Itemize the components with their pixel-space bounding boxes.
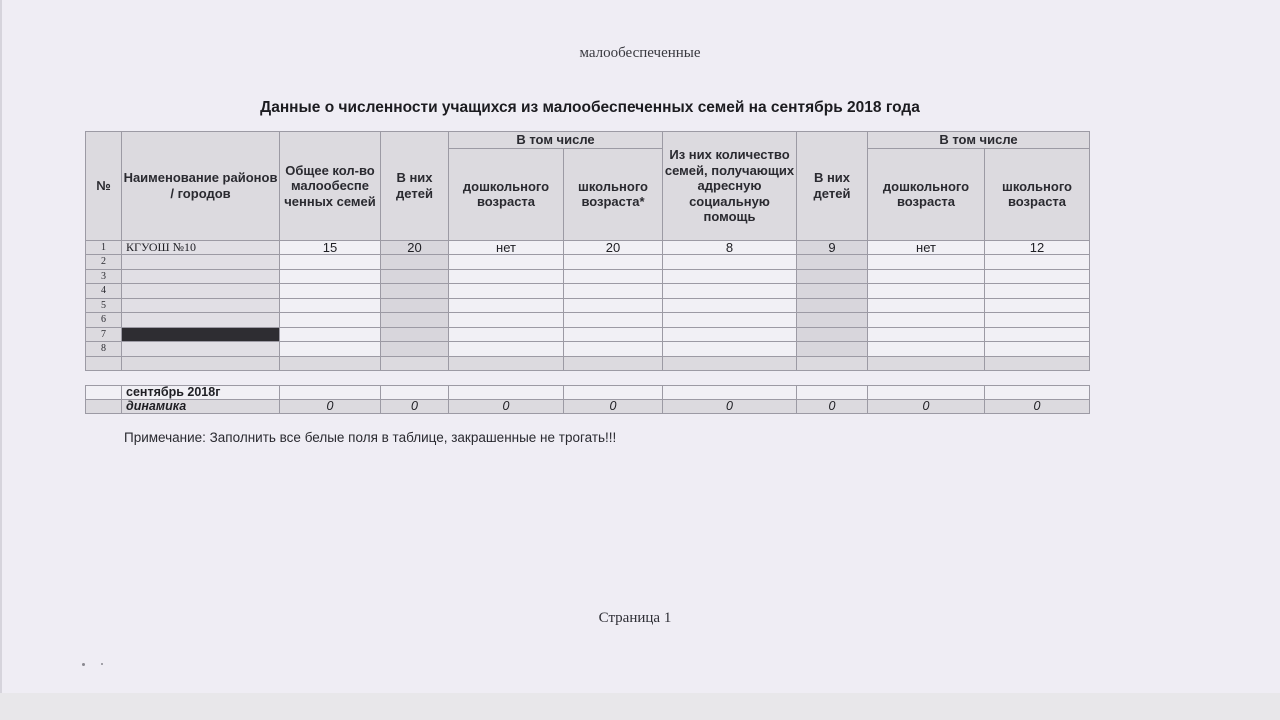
summary-period-row: сентябрь 2018г xyxy=(86,386,1090,400)
scan-speck xyxy=(101,663,103,665)
data-table: № Наименование районов / городов Общее к… xyxy=(85,131,1090,371)
cell-preschool-1[interactable] xyxy=(449,255,564,270)
cell-children-2 xyxy=(797,255,868,270)
scanner-bed-strip xyxy=(0,693,1280,720)
cell-school-1[interactable]: 20 xyxy=(564,240,663,255)
cell-school-2[interactable] xyxy=(985,342,1090,357)
cell-preschool-2[interactable] xyxy=(868,269,985,284)
cell-children-2 xyxy=(797,284,868,299)
table-row: 8 xyxy=(86,342,1090,357)
summary-period-row-value[interactable] xyxy=(868,386,985,400)
cell-school-1[interactable] xyxy=(564,269,663,284)
cell-children-1 xyxy=(381,327,449,342)
cell-total-families[interactable] xyxy=(280,255,381,270)
cell-children-2 xyxy=(797,313,868,328)
cell-school-2[interactable] xyxy=(985,284,1090,299)
footer-cell xyxy=(797,356,868,370)
summary-dynamics-row-label: динамика xyxy=(122,400,280,414)
cell-school-2[interactable] xyxy=(985,298,1090,313)
cell-preschool-2[interactable] xyxy=(868,255,985,270)
district-name-cell xyxy=(122,342,280,357)
cell-children-1: 20 xyxy=(381,240,449,255)
cell-children-1 xyxy=(381,298,449,313)
footer-cell xyxy=(868,356,985,370)
district-name-cell: КГУОШ №10 xyxy=(122,240,280,255)
header-children-2: В них детей xyxy=(797,132,868,241)
summary-period-row-value[interactable] xyxy=(797,386,868,400)
footer-cell xyxy=(280,356,381,370)
district-name-cell xyxy=(122,313,280,328)
summary-dynamics-row-value: 0 xyxy=(663,400,797,414)
cell-preschool-2[interactable]: нет xyxy=(868,240,985,255)
summary-period-row-value[interactable] xyxy=(280,386,381,400)
cell-school-1[interactable] xyxy=(564,255,663,270)
cell-school-2[interactable] xyxy=(985,327,1090,342)
cell-children-1 xyxy=(381,284,449,299)
summary-dynamics-row-value: 0 xyxy=(797,400,868,414)
summary-dynamics-row-value: 0 xyxy=(564,400,663,414)
summary-period-row-value[interactable] xyxy=(985,386,1090,400)
row-number: 3 xyxy=(86,269,122,284)
cell-school-2[interactable] xyxy=(985,313,1090,328)
cell-children-2 xyxy=(797,342,868,357)
cell-families-aid[interactable] xyxy=(663,269,797,284)
footer-cell xyxy=(86,356,122,370)
cell-children-2 xyxy=(797,327,868,342)
header-families-aid: Из них количество семей, получающих адре… xyxy=(663,132,797,241)
table-row: 4 xyxy=(86,284,1090,299)
cell-children-1 xyxy=(381,342,449,357)
cell-preschool-2[interactable] xyxy=(868,313,985,328)
blank-cell xyxy=(86,400,122,414)
page-number: Страница 1 xyxy=(0,610,1270,627)
header-school-1: школьного возраста* xyxy=(564,148,663,240)
cell-school-1[interactable] xyxy=(564,313,663,328)
cell-preschool-1[interactable] xyxy=(449,269,564,284)
header-preschool-2: дошкольного возраста xyxy=(868,148,985,240)
header-preschool-1: дошкольного возраста xyxy=(449,148,564,240)
table-row: 3 xyxy=(86,269,1090,284)
redacted-name-cell xyxy=(122,327,280,342)
district-name-cell xyxy=(122,255,280,270)
footer-cell xyxy=(381,356,449,370)
table-row: 7 xyxy=(86,327,1090,342)
summary-dynamics-row-value: 0 xyxy=(868,400,985,414)
header-total-families: Общее кол-во малообеспе ченных семей xyxy=(280,132,381,241)
header-name: Наименование районов / городов xyxy=(122,132,280,241)
summary-table: сентябрь 2018гдинамика00000000 xyxy=(85,385,1090,414)
cell-children-2: 9 xyxy=(797,240,868,255)
cell-preschool-2[interactable] xyxy=(868,327,985,342)
summary-dynamics-row: динамика00000000 xyxy=(86,400,1090,414)
cell-total-families[interactable] xyxy=(280,298,381,313)
summary-period-row-value[interactable] xyxy=(381,386,449,400)
header-children-1: В них детей xyxy=(381,132,449,241)
cell-school-2[interactable] xyxy=(985,255,1090,270)
table-row: 6 xyxy=(86,313,1090,328)
cell-families-aid[interactable] xyxy=(663,298,797,313)
cell-families-aid[interactable] xyxy=(663,342,797,357)
footer-cell xyxy=(122,356,280,370)
cell-families-aid[interactable] xyxy=(663,284,797,299)
summary-period-row-value[interactable] xyxy=(564,386,663,400)
table-row: 5 xyxy=(86,298,1090,313)
cell-total-families[interactable] xyxy=(280,313,381,328)
cell-children-2 xyxy=(797,269,868,284)
row-number: 7 xyxy=(86,327,122,342)
cell-preschool-2[interactable] xyxy=(868,284,985,299)
cell-school-1[interactable] xyxy=(564,342,663,357)
cell-total-families[interactable]: 15 xyxy=(280,240,381,255)
summary-period-row-value[interactable] xyxy=(449,386,564,400)
cell-preschool-1[interactable] xyxy=(449,313,564,328)
cell-families-aid[interactable] xyxy=(663,327,797,342)
row-number: 6 xyxy=(86,313,122,328)
summary-dynamics-row-value: 0 xyxy=(985,400,1090,414)
row-number: 8 xyxy=(86,342,122,357)
cell-children-1 xyxy=(381,269,449,284)
header-including-2: В том числе xyxy=(868,132,1090,149)
cell-school-1[interactable] xyxy=(564,284,663,299)
row-number: 1 xyxy=(86,240,122,255)
cell-children-1 xyxy=(381,255,449,270)
cell-preschool-1[interactable] xyxy=(449,327,564,342)
cell-school-1[interactable] xyxy=(564,298,663,313)
cell-preschool-1[interactable] xyxy=(449,284,564,299)
cell-school-1[interactable] xyxy=(564,327,663,342)
cell-families-aid[interactable]: 8 xyxy=(663,240,797,255)
cell-total-families[interactable] xyxy=(280,284,381,299)
summary-dynamics-row-value: 0 xyxy=(381,400,449,414)
cell-children-1 xyxy=(381,313,449,328)
cell-preschool-2[interactable] xyxy=(868,298,985,313)
table-row: 1КГУОШ №101520нет2089нет12 xyxy=(86,240,1090,255)
row-number: 2 xyxy=(86,255,122,270)
summary-dynamics-row-value: 0 xyxy=(280,400,381,414)
cell-total-families[interactable] xyxy=(280,342,381,357)
header-number: № xyxy=(86,132,122,241)
summary-period-row-value[interactable] xyxy=(663,386,797,400)
footer-cell xyxy=(985,356,1090,370)
cell-preschool-2[interactable] xyxy=(868,342,985,357)
table-row: 2 xyxy=(86,255,1090,270)
cell-school-2[interactable]: 12 xyxy=(985,240,1090,255)
scan-speck xyxy=(82,663,85,666)
cell-school-2[interactable] xyxy=(985,269,1090,284)
district-name-cell xyxy=(122,284,280,299)
summary-period-row-label: сентябрь 2018г xyxy=(122,386,280,400)
district-name-cell xyxy=(122,298,280,313)
cell-families-aid[interactable] xyxy=(663,313,797,328)
summary-dynamics-row-value: 0 xyxy=(449,400,564,414)
header-school-2: школьного возраста xyxy=(985,148,1090,240)
footer-cell xyxy=(564,356,663,370)
cell-families-aid[interactable] xyxy=(663,255,797,270)
cell-preschool-1[interactable]: нет xyxy=(449,240,564,255)
cell-total-families[interactable] xyxy=(280,269,381,284)
footer-cell xyxy=(449,356,564,370)
fill-instructions-note: Примечание: Заполнить все белые поля в т… xyxy=(124,430,616,445)
blank-cell xyxy=(86,386,122,400)
district-name-cell xyxy=(122,269,280,284)
footer-cell xyxy=(663,356,797,370)
table-footer-row xyxy=(86,356,1090,370)
cell-preschool-1[interactable] xyxy=(449,342,564,357)
header-including-1: В том числе xyxy=(449,132,663,149)
row-number: 4 xyxy=(86,284,122,299)
cell-children-2 xyxy=(797,298,868,313)
document-title: Данные о численности учащихся из малообе… xyxy=(0,99,1180,117)
cell-total-families[interactable] xyxy=(280,327,381,342)
row-number: 5 xyxy=(86,298,122,313)
cell-preschool-1[interactable] xyxy=(449,298,564,313)
running-header: малообеспеченные xyxy=(0,45,1280,62)
